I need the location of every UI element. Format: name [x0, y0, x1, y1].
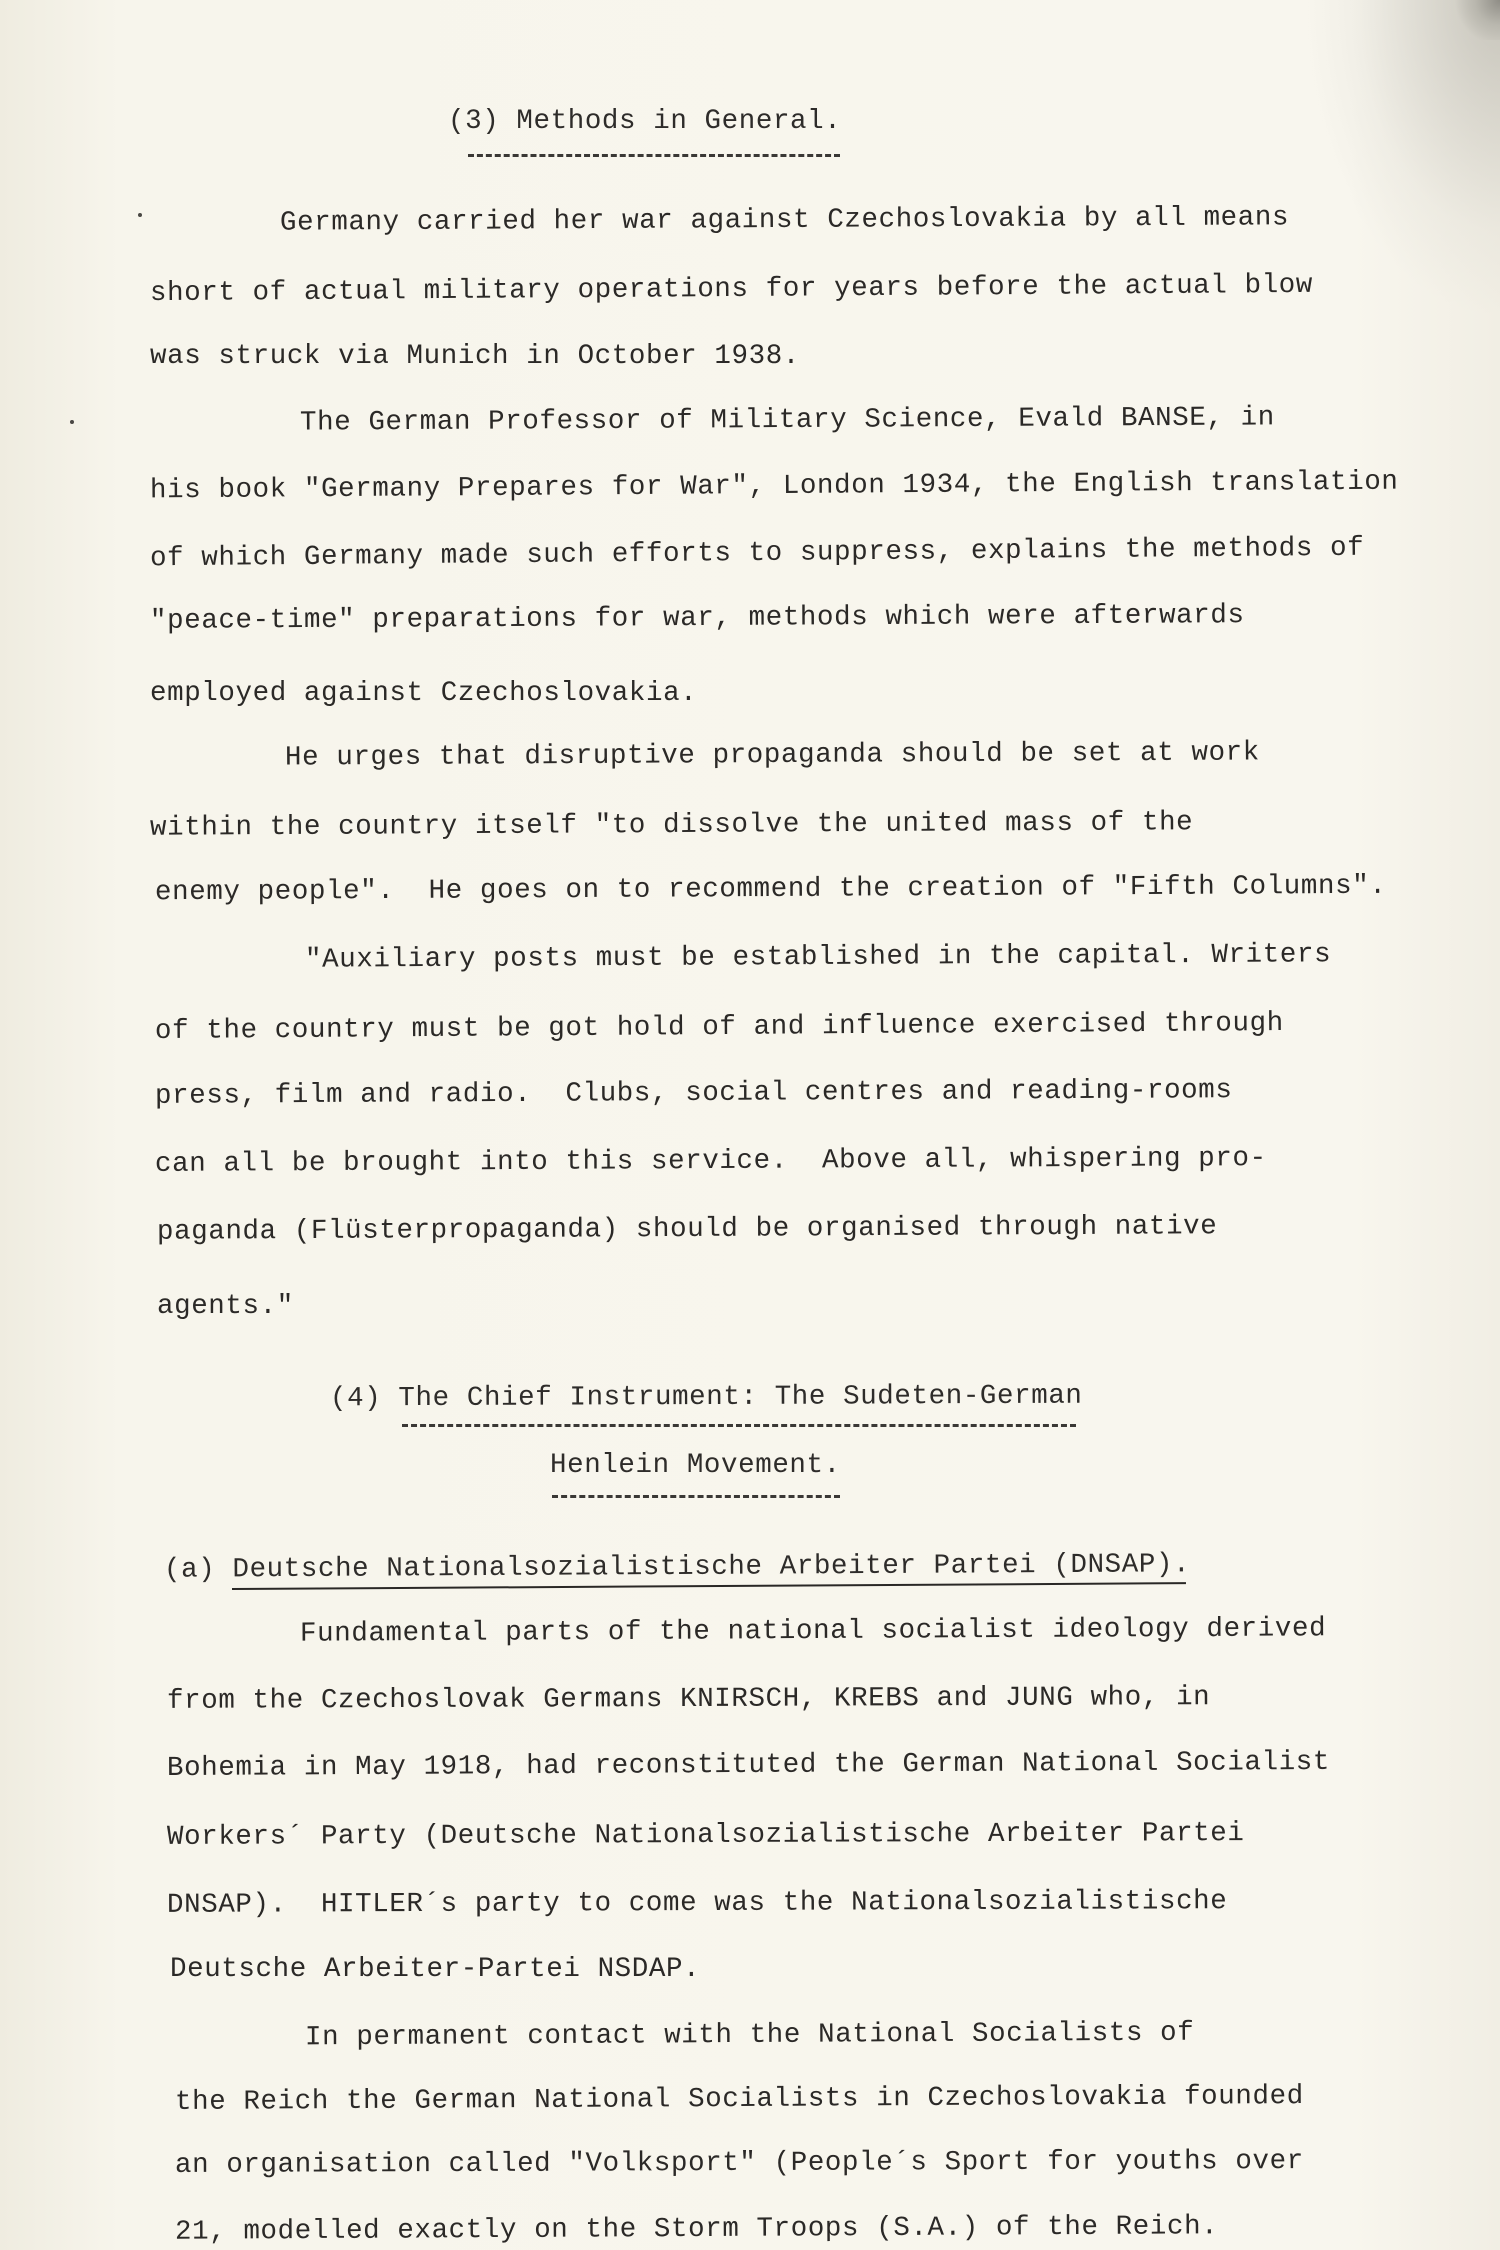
page-corner-shadow	[1440, 0, 1500, 40]
paragraph-line: within the country itself "to dissolve t…	[150, 809, 1193, 842]
paragraph-line: Workers´ Party (Deutsche Nationalsoziali…	[167, 1820, 1245, 1851]
subsection-a-heading: (a) Deutsche Nationalsozialistische Arbe…	[164, 1551, 1190, 1584]
paragraph-line: enemy people". He goes on to recommend t…	[155, 873, 1387, 907]
paragraph-line: Germany carried her war against Czechosl…	[280, 204, 1289, 237]
section-4-heading-line-1: (4) The Chief Instrument: The Sudeten-Ge…	[330, 1383, 1083, 1413]
ink-speck	[70, 420, 74, 424]
paragraph-line: short of actual military operations for …	[150, 272, 1313, 308]
paragraph-line: an organisation called "Volksport" (Peop…	[175, 2148, 1304, 2179]
subsection-a-title: Deutsche Nationalsozialistische Arbeiter…	[232, 1549, 1190, 1585]
paragraph-line: his book "Germany Prepares for War", Lon…	[150, 469, 1399, 505]
paragraph-line: the Reich the German National Socialists…	[175, 2083, 1304, 2116]
document-page: (3) Methods in General. Germany carried …	[0, 0, 1500, 2250]
quote-line: agents."	[157, 1293, 294, 1321]
section-4-heading-rule-2	[552, 1495, 840, 1498]
paragraph-line: The German Professor of Military Science…	[300, 404, 1275, 437]
paragraph-line: Fundamental parts of the national social…	[300, 1615, 1326, 1648]
paragraph-line: employed against Czechoslovakia.	[150, 680, 697, 708]
section-4-heading-line-2: Henlein Movement.	[550, 1452, 841, 1480]
quote-line: press, film and radio. Clubs, social cen…	[155, 1077, 1233, 1110]
quote-line: paganda (Flüsterpropaganda) should be or…	[157, 1213, 1218, 1246]
paragraph-line: Bohemia in May 1918, had reconstituted t…	[167, 1749, 1330, 1783]
paragraph-line: from the Czechoslovak Germans KNIRSCH, K…	[167, 1684, 1210, 1715]
paragraph-line: of which Germany made such efforts to su…	[150, 535, 1364, 573]
paragraph-line: DNSAP). HITLER´s party to come was the N…	[167, 1888, 1227, 1919]
paragraph-line: "peace-time" preparations for war, metho…	[150, 602, 1245, 635]
subsection-a-label: (a)	[164, 1554, 215, 1585]
section-3-heading: (3) Methods in General.	[448, 108, 841, 136]
paragraph-line: was struck via Munich in October 1938.	[150, 343, 800, 371]
ink-speck	[138, 213, 142, 217]
quote-line: can all be brought into this service. Ab…	[155, 1145, 1267, 1178]
section-4-heading-rule-1	[402, 1424, 1076, 1427]
paragraph-line: He urges that disruptive propaganda shou…	[285, 739, 1260, 772]
quote-line: of the country must be got hold of and i…	[155, 1010, 1284, 1045]
paragraph-line: Deutsche Arbeiter-Partei NSDAP.	[170, 1956, 700, 1984]
paragraph-line: In permanent contact with the National S…	[305, 2020, 1194, 2052]
paragraph-line: 21, modelled exactly on the Storm Troops…	[175, 2213, 1218, 2246]
section-3-heading-rule	[468, 154, 840, 157]
quote-line: "Auxiliary posts must be established in …	[305, 941, 1331, 974]
